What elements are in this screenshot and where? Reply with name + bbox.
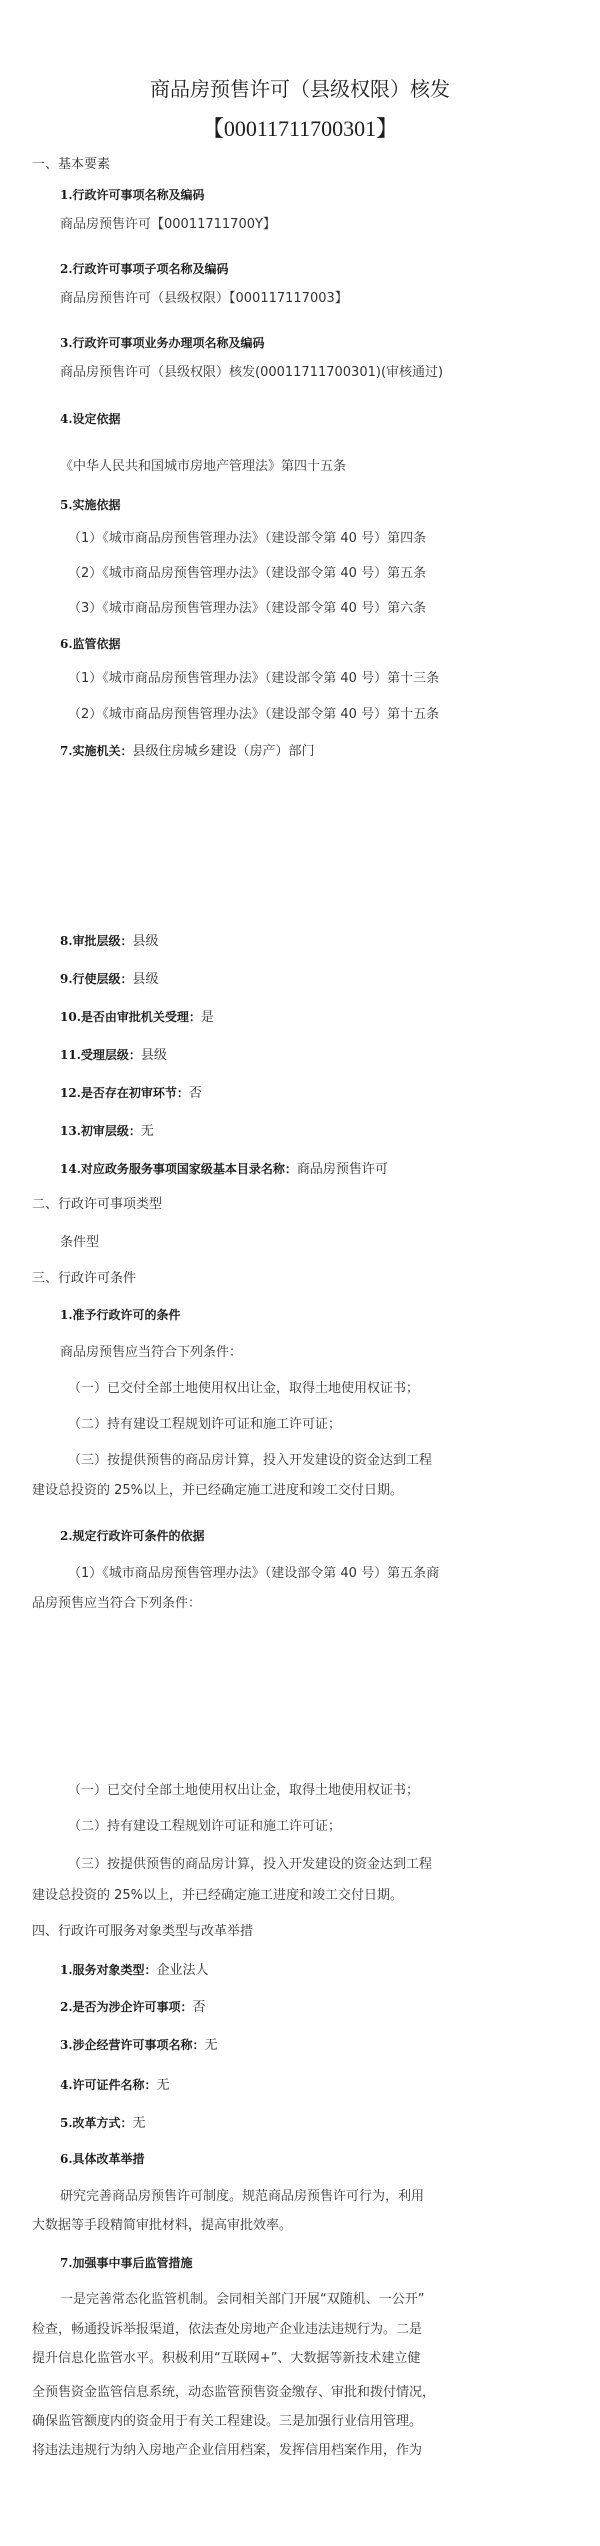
item-approval-level: 8.审批层级：县级 — [60, 932, 159, 951]
item-preliminary-review: 12.是否存在初审环节：否 — [60, 1084, 202, 1103]
basis-condition-1: （一）已交付全部土地使用权出让金，取得土地使用权证书； — [68, 1782, 419, 1800]
item-label-implementation-basis: 5.实施依据 — [60, 496, 121, 514]
document-title: 商品房预售许可（县级权限）核发 — [0, 76, 600, 102]
item-label-reform-measures: 6.具体改革举措 — [60, 2150, 145, 2168]
item-label-conditions-basis: 2.规定行政许可条件的依据 — [60, 1527, 205, 1545]
granting-condition-1: （一）已交付全部土地使用权出让金，取得土地使用权证书； — [68, 1380, 419, 1398]
item-value-business-item: 商品房预售许可（县级权限）核发(00011711700301)(审核通过) — [60, 364, 443, 382]
item-preliminary-review-level: 13.初审层级：无 — [60, 1122, 154, 1141]
item-value-subitem-name: 商品房预售许可（县级权限）【000117117003】 — [60, 290, 348, 308]
reform-measures-line-1: 研究完善商品房预售许可制度。规范商品房预售许可行为，利用 — [60, 2188, 424, 2206]
item-label-supervision-basis: 6.监管依据 — [60, 635, 121, 653]
item-label-supervision-measures: 7.加强事中事后监管措施 — [60, 2254, 193, 2272]
supervision-measures-line-6: 将违法违规行为纳入房地产企业信用档案，发挥信用档案作用，作为 — [32, 2442, 422, 2460]
item-certificate-name: 4.许可证件名称：无 — [60, 2076, 170, 2095]
item-value-permit-name: 商品房预售许可【00011711700Y】 — [60, 216, 276, 234]
item-accepted-by-approval-authority: 10.是否由审批机关受理：是 — [60, 1008, 214, 1027]
section-heading-permit-conditions: 三、行政许可条件 — [32, 1270, 136, 1288]
granting-condition-2: （二）持有建设工程规划许可证和施工许可证； — [68, 1416, 341, 1434]
basis-condition-3: （三）按提供预售的商品房计算，投入开发建设的资金达到工程 — [68, 1856, 432, 1874]
item-enterprise-related: 2.是否为涉企许可事项：否 — [60, 1998, 206, 2017]
implementation-basis-3: （3）《城市商品房预售管理办法》（建设部令第 40 号）第六条 — [68, 600, 426, 618]
section-heading-service-and-reform: 四、行政许可服务对象类型与改革举措 — [32, 1923, 253, 1941]
supervision-measures-line-4: 全预售资金监管信息系统，动态监管预售资金缴存、审批和拨付情况， — [32, 2384, 435, 2402]
reform-measures-line-2: 大数据等手段精简审批材料，提高审批效率。 — [32, 2217, 292, 2235]
conditions-basis-intro-1: （1）《城市商品房预售管理办法》（建设部令第 40 号）第五条商 — [68, 1565, 439, 1583]
section-heading-permit-type: 二、行政许可事项类型 — [32, 1196, 162, 1214]
item-label-subitem-name: 2.行政许可事项子项名称及编码 — [60, 260, 229, 278]
item-enterprise-permit-name: 3.涉企经营许可事项名称：无 — [60, 2036, 218, 2055]
item-label-permit-name: 1.行政许可事项名称及编码 — [60, 186, 205, 204]
supervision-basis-1: （1）《城市商品房预售管理办法》（建设部令第 40 号）第十三条 — [68, 670, 439, 688]
permit-type-value: 条件型 — [60, 1234, 99, 1252]
item-label-business-item: 3.行政许可事项业务办理项名称及编码 — [60, 334, 265, 352]
supervision-measures-line-2: 检查，畅通投诉举报渠道，依法查处房地产企业违法违规行为。二是 — [32, 2321, 422, 2339]
implementing-agency-value: 县级住房城乡建设（房产）部门 — [133, 744, 315, 759]
item-value-legal-basis: 《中华人民共和国城市房地产管理法》第四十五条 — [60, 458, 346, 476]
section-heading-basic-elements: 一、基本要素 — [32, 156, 110, 174]
supervision-measures-line-1: 一是完善常态化监管机制。会同相关部门开展“双随机、一公开” — [60, 2291, 424, 2309]
item-label-legal-basis: 4.设定依据 — [60, 410, 121, 428]
basis-condition-2: （二）持有建设工程规划许可证和施工许可证； — [68, 1818, 341, 1836]
item-reform-method: 5.改革方式：无 — [60, 2114, 146, 2133]
granting-condition-3-cont: 建设总投资的 25%以上，并已经确定施工进度和竣工交付日期。 — [32, 1482, 403, 1500]
granting-conditions-intro: 商品房预售应当符合下列条件： — [60, 1344, 242, 1362]
basis-condition-3-cont: 建设总投资的 25%以上，并已经确定施工进度和竣工交付日期。 — [32, 1887, 403, 1905]
document-code: 【00011711700301】 — [0, 116, 600, 142]
item-implementing-agency: 7.实施机关：县级住房城乡建设（房产）部门 — [60, 742, 315, 761]
item-national-catalog-name: 14.对应政务服务事项国家级基本目录名称：商品房预售许可 — [60, 1160, 388, 1179]
item-service-object-type: 1.服务对象类型：企业法人 — [60, 1961, 209, 1980]
supervision-basis-2: （2）《城市商品房预售管理办法》（建设部令第 40 号）第十五条 — [68, 706, 439, 724]
conditions-basis-intro-2: 品房预售应当符合下列条件： — [32, 1595, 201, 1613]
implementation-basis-2: （2）《城市商品房预售管理办法》（建设部令第 40 号）第五条 — [68, 565, 426, 583]
item-exercise-level: 9.行使层级：县级 — [60, 970, 159, 989]
supervision-measures-line-3: 提升信息化监管水平。积极利用“互联网+”、大数据等新技术建立健 — [32, 2350, 420, 2368]
item-label-granting-conditions: 1.准予行政许可的条件 — [60, 1306, 181, 1324]
item-acceptance-level: 11.受理层级：县级 — [60, 1046, 167, 1065]
supervision-measures-line-5: 确保监管额度内的资金用于有关工程建设。三是加强行业信用管理。 — [32, 2413, 422, 2431]
granting-condition-3: （三）按提供预售的商品房计算，投入开发建设的资金达到工程 — [68, 1452, 432, 1470]
implementation-basis-1: （1）《城市商品房预售管理办法》（建设部令第 40 号）第四条 — [68, 530, 426, 548]
